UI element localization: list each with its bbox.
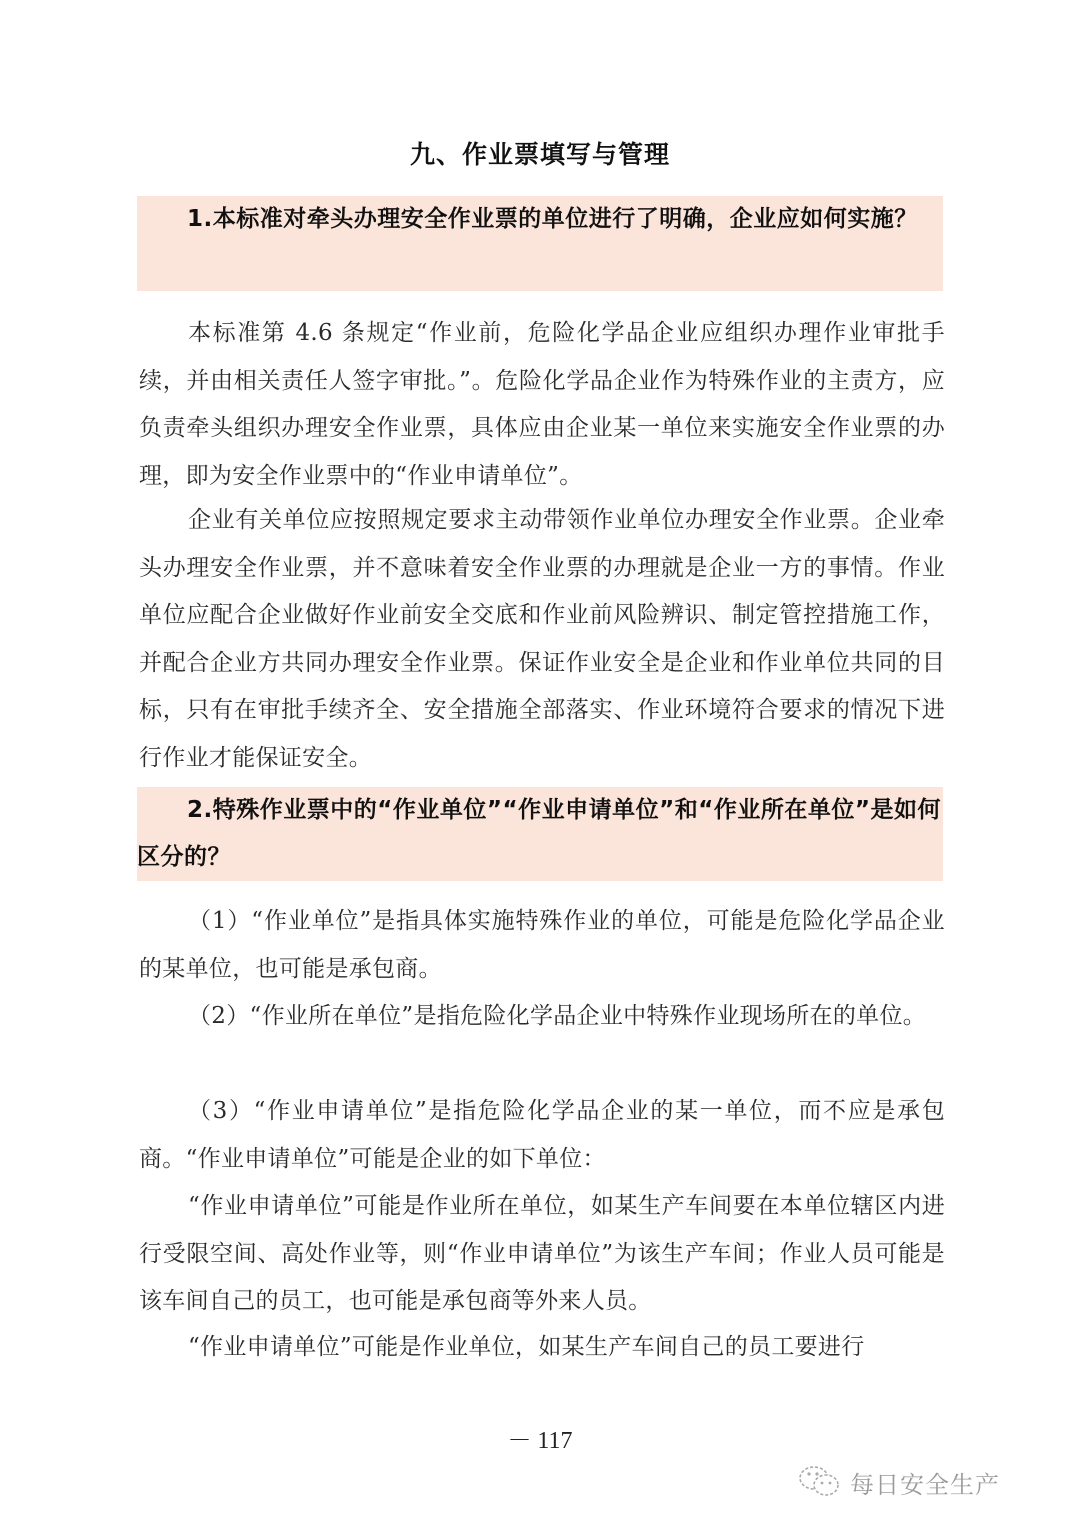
watermark-text: 每日安全生产: [850, 1465, 1000, 1500]
answer-2-item-2: （2）“作业所在单位”是指危险化学品企业中特殊作业现场所在的单位。: [139, 993, 945, 1041]
watermark: 每日安全生产: [798, 1464, 1000, 1500]
answer-2-item-3: （3）“作业申请单位”是指危险化学品企业的某一单位，而不应是承包商。“作业申请单…: [139, 1088, 945, 1183]
answer-2-paragraph-5: “作业申请单位”可能是作业单位，如某生产车间自己的员工要进行: [139, 1324, 945, 1372]
question-1-box: 1.本标准对牵头办理安全作业票的单位进行了明确，企业应如何实施？: [137, 196, 943, 291]
section-title: 九、作业票填写与管理: [0, 135, 1080, 171]
answer-1-paragraph-1: 本标准第 4.6 条规定“作业前，危险化学品企业应组织办理作业审批手续，并由相关…: [139, 310, 945, 500]
answer-2-paragraph-4: “作业申请单位”可能是作业所在单位，如某生产车间要在本单位辖区内进行受限空间、高…: [139, 1183, 945, 1326]
wechat-icon: [798, 1464, 842, 1500]
page-number: － 117: [0, 1420, 1080, 1455]
question-2-box: 2.特殊作业票中的“作业单位”“作业申请单位”和“作业所在单位”是如何区分的？: [137, 787, 943, 881]
question-1-heading: 1.本标准对牵头办理安全作业票的单位进行了明确，企业应如何实施？: [137, 196, 943, 243]
answer-2-item-1: （1）“作业单位”是指具体实施特殊作业的单位，可能是危险化学品企业的某单位，也可…: [139, 898, 945, 993]
question-2-heading: 2.特殊作业票中的“作业单位”“作业申请单位”和“作业所在单位”是如何区分的？: [137, 787, 943, 881]
answer-1-paragraph-2: 企业有关单位应按照规定要求主动带领作业单位办理安全作业票。企业牵头办理安全作业票…: [139, 497, 945, 782]
